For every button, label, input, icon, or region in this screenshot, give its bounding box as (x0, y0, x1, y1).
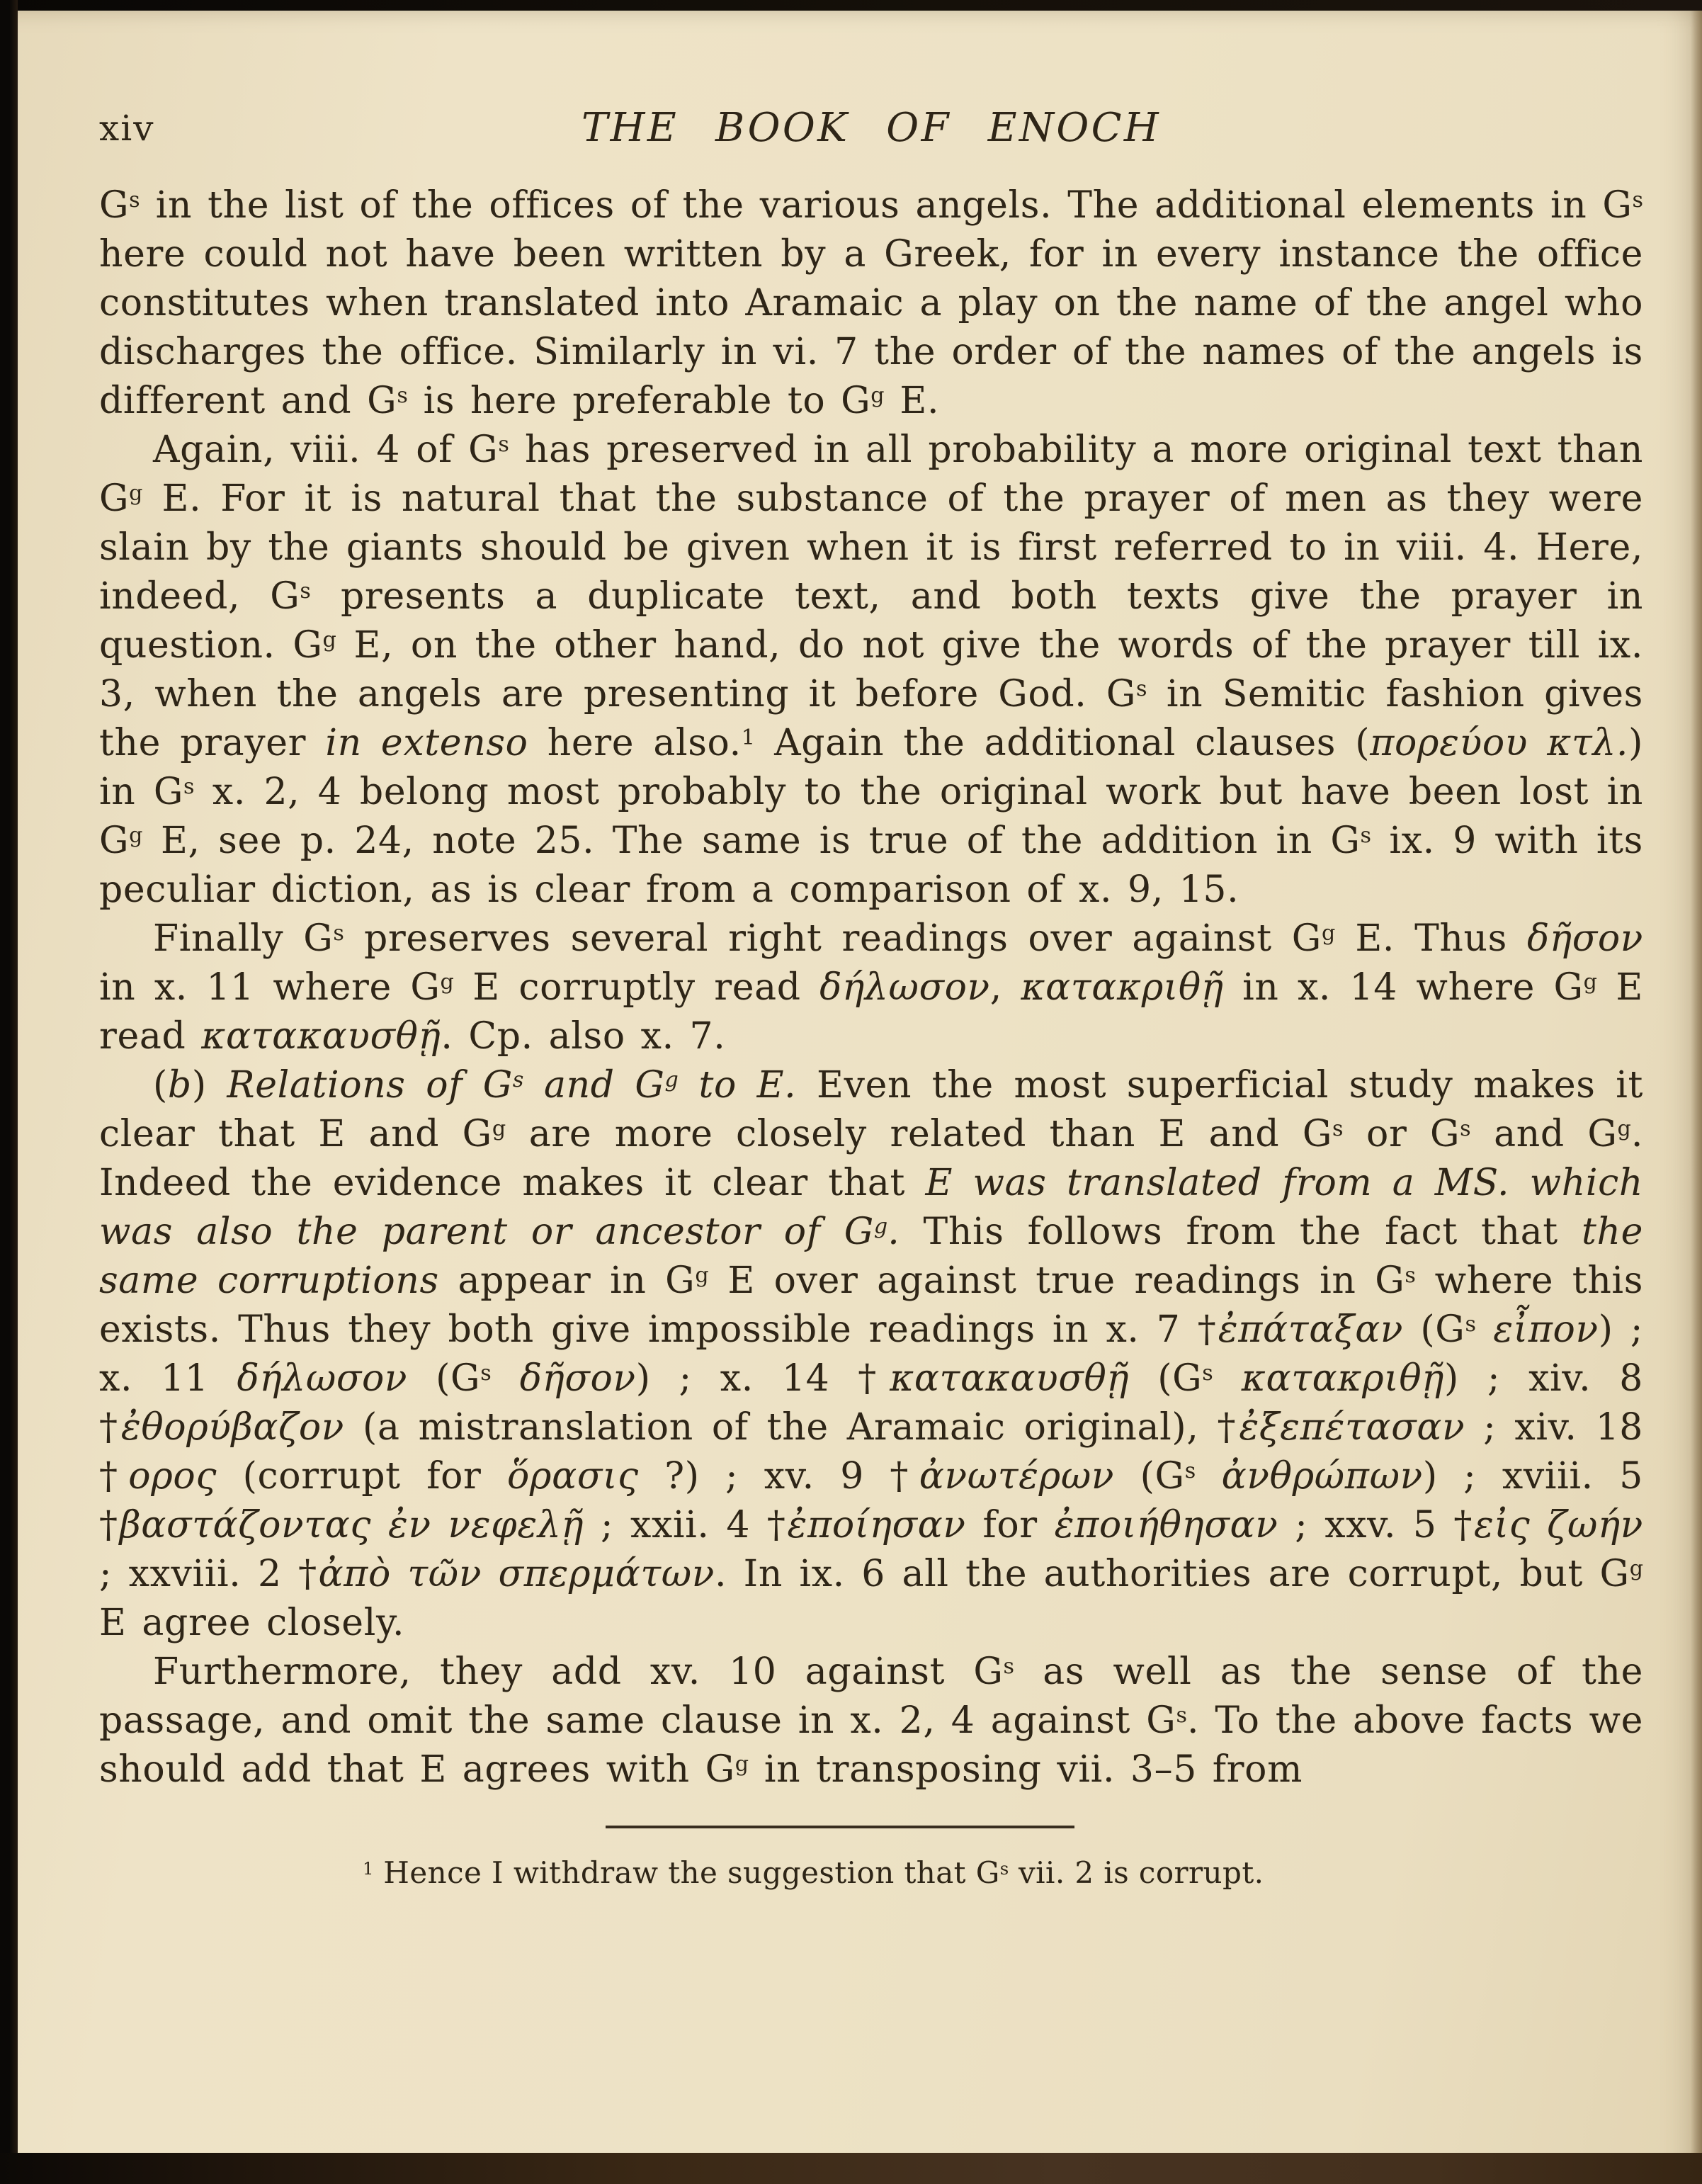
superscript: s (129, 188, 140, 213)
greek-text: κατακαυσθῇ (890, 1357, 1129, 1400)
page-edge-top (0, 0, 1702, 11)
book-page: xiv THE BOOK OF ENOCH Gs in the list of … (0, 0, 1702, 2184)
italic-text: b (168, 1064, 192, 1107)
body-text: Gs in the list of the offices of the var… (99, 181, 1643, 1794)
footnote-rule (606, 1826, 1074, 1828)
superscript: s (1360, 823, 1371, 848)
greek-text: κατακαυσθῇ (201, 1015, 441, 1058)
greek-text: ὅρασις (507, 1455, 639, 1498)
greek-text: ἐθορύβαζον (121, 1406, 344, 1449)
greek-text: δῆσον (520, 1357, 636, 1400)
superscript: 1 (363, 1858, 374, 1879)
paragraph: Again, viii. 4 of Gs has preserved in al… (99, 426, 1643, 915)
superscript: s (300, 579, 310, 604)
greek-text: ἐποιήθησαν (1055, 1504, 1278, 1546)
superscript: s (1405, 1263, 1415, 1288)
greek-text: ἐποίησαν (788, 1504, 966, 1546)
superscript: g (1584, 970, 1597, 995)
greek-text: δήλωσον (819, 966, 990, 1009)
italic-superscript: g (665, 1068, 679, 1092)
superscript: s (1185, 1459, 1196, 1483)
paragraph: Gs in the list of the offices of the var… (99, 181, 1643, 426)
superscript: g (129, 481, 142, 506)
superscript: g (695, 1263, 708, 1288)
superscript: g (323, 628, 336, 652)
paragraph: (b) Relations of Gs and Gg to E. Even th… (99, 1061, 1643, 1648)
italic-superscript: g (874, 1214, 887, 1239)
italic-text: and G (523, 1064, 664, 1107)
greek-text: εἰς ζωήν (1474, 1504, 1643, 1546)
greek-text: δήλωσον (237, 1357, 408, 1400)
superscript: g (735, 1752, 749, 1777)
superscript: s (397, 383, 407, 408)
greek-text: εἶπον (1493, 1308, 1599, 1351)
superscript: s (183, 774, 194, 799)
greek-text: ἐξεπέτασαν (1239, 1406, 1465, 1449)
greek-text: ἐπάταξαν (1218, 1308, 1403, 1351)
superscript: s (333, 921, 344, 946)
footnote: 1 Hence I withdraw the suggestion that G… (99, 1854, 1643, 1892)
running-title: THE BOOK OF ENOCH (99, 105, 1643, 151)
superscript: g (1322, 921, 1335, 946)
greek-text: κατακριθῇ (1242, 1357, 1444, 1400)
greek-text: ἀνθρώπων (1222, 1455, 1423, 1498)
superscript: s (1000, 1858, 1009, 1879)
greek-text: πορεύου κτλ. (1370, 722, 1628, 764)
page-binding-edge (0, 0, 18, 2184)
superscript: s (1004, 1654, 1014, 1679)
italic-text: to E. (679, 1064, 797, 1107)
greek-text: ἀπὸ τῶν σπερμάτων (318, 1553, 715, 1595)
greek-text: βαστάζοντας ἐν νεφελῇ (120, 1504, 584, 1546)
running-head: xiv THE BOOK OF ENOCH (99, 105, 1643, 157)
superscript: g (1618, 1116, 1631, 1141)
superscript: s (1202, 1361, 1213, 1386)
italic-superscript: s (513, 1068, 523, 1092)
greek-text: δῆσον (1527, 917, 1643, 960)
italic-text: E was translated from a MS. which was al… (99, 1162, 1643, 1253)
superscript: s (1465, 1312, 1475, 1337)
superscript: s (1460, 1116, 1470, 1141)
superscript: g (492, 1116, 506, 1141)
greek-text: κατακριθῇ (1021, 966, 1223, 1009)
page-content: xiv THE BOOK OF ENOCH Gs in the list of … (0, 0, 1702, 1892)
superscript: s (1633, 188, 1643, 213)
greek-text: ορος (128, 1455, 217, 1498)
italic-text: . (887, 1211, 900, 1253)
superscript: s (480, 1361, 491, 1386)
superscript: s (1176, 1703, 1186, 1728)
superscript: g (440, 970, 453, 995)
page-edge-bottom (0, 2153, 1702, 2184)
page-number: xiv (99, 108, 154, 149)
italic-text: in extenso (325, 722, 528, 764)
paragraph: Finally Gs preserves several right readi… (99, 915, 1643, 1061)
superscript: g (129, 823, 142, 848)
page-edge-right (1691, 0, 1702, 2184)
superscript: s (498, 432, 509, 457)
superscript: s (1136, 677, 1147, 701)
superscript: g (870, 383, 884, 408)
superscript: g (1630, 1556, 1643, 1581)
superscript: s (1332, 1116, 1343, 1141)
greek-text: ἀνωτέρων (919, 1455, 1114, 1498)
paragraph: Furthermore, they add xv. 10 against Gs … (99, 1648, 1643, 1794)
superscript: 1 (742, 725, 755, 750)
italic-text: Relations of G (227, 1064, 512, 1107)
